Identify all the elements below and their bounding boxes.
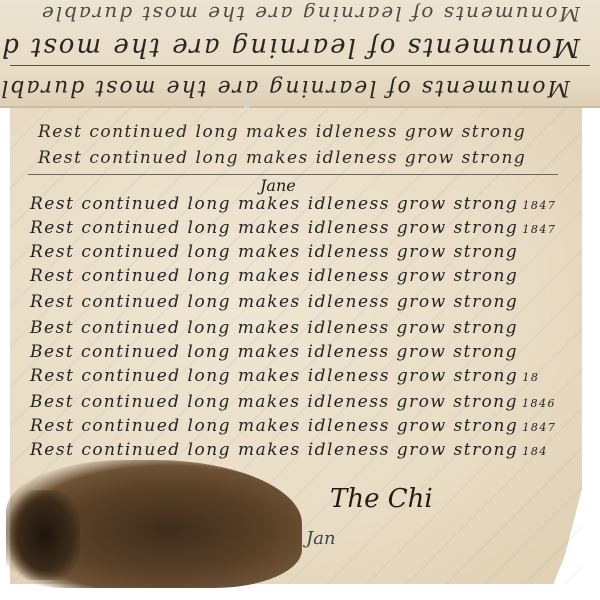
top-page-inverted: Monuments of learning are the most durab…	[0, 0, 600, 108]
handwritten-line: Best continued long makes idleness grow …	[30, 392, 556, 412]
top-page-line: Monuments of learning are the most durab…	[0, 75, 570, 100]
interlinear-annotation: Jane	[260, 176, 296, 195]
printed-copy-line: Rest continued long makes idleness grow …	[38, 148, 526, 168]
signature-line-1: The Chi	[330, 484, 433, 514]
handwritten-line: Best continued long makes idleness grow …	[30, 318, 522, 338]
handwritten-line: Rest continued long makes idleness grow …	[30, 292, 522, 312]
printed-copy-line: Rest continued long makes idleness grow …	[38, 122, 526, 142]
handwritten-line: Rest continued long makes idleness grow …	[30, 194, 556, 214]
top-page-line: Monuments of learning are the most durab…	[0, 2, 580, 26]
signature-line-2: Jan	[306, 528, 336, 549]
handwritten-line: Rest continued long makes idleness grow …	[30, 440, 548, 460]
handwritten-line: Rest continued long makes idleness grow …	[30, 366, 539, 386]
handwritten-line: Rest continued long makes idleness grow …	[30, 242, 522, 262]
handwritten-line: Rest continued long makes idleness grow …	[30, 218, 556, 238]
ink-stain-dark	[10, 490, 80, 580]
top-page-rule	[10, 65, 590, 66]
top-page-line: Monuments of learning are the most durab…	[0, 32, 580, 62]
copy-rule	[28, 174, 558, 175]
handwritten-line: Rest continued long makes idleness grow …	[30, 416, 556, 436]
handwritten-line: Best continued long makes idleness grow …	[30, 342, 522, 362]
handwritten-line: Rest continued long makes idleness grow …	[30, 266, 522, 286]
top-page-content: Monuments of learning are the most durab…	[0, 0, 600, 106]
